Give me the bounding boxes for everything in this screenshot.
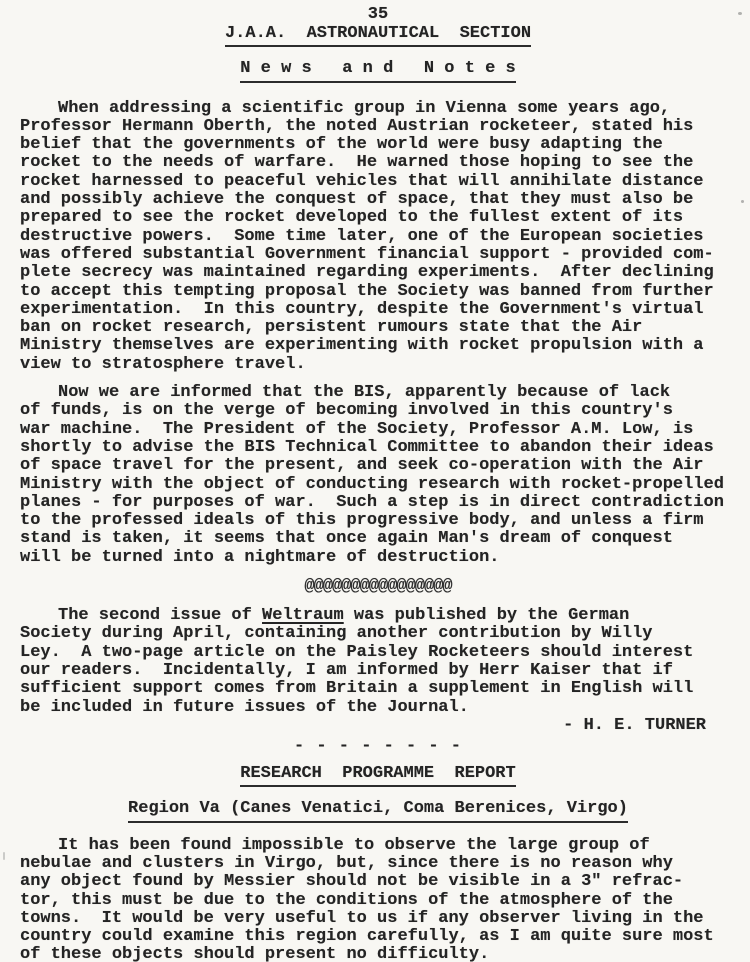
scan-speck [738,12,742,15]
ornament-separator: @@@@@@@@@@@@@@@@ [20,578,736,596]
report-title: RESEARCH PROGRAMME REPORT [240,765,515,787]
news-paragraph-3: The second issue of Weltraum was publish… [20,607,736,717]
news-notes-heading: N e w s a n d N o t e s [20,60,736,82]
author-signature: - H. E. TURNER [20,717,736,735]
document-page: 35 J.A.A. ASTRONAUTICAL SECTION N e w s … [0,0,750,962]
scan-speck [3,852,5,860]
paragraph-3-lead: The second issue of [58,606,262,625]
dash-separator: - - - - - - - - [20,738,736,756]
section-heading: J.A.A. ASTRONAUTICAL SECTION [20,25,736,47]
section-title: J.A.A. ASTRONAUTICAL SECTION [225,25,531,47]
news-paragraph-2: Now we are informed that the BIS, appare… [20,384,736,567]
report-heading: RESEARCH PROGRAMME REPORT [20,765,736,787]
scan-speck [741,200,744,203]
journal-name: Weltraum [262,606,344,625]
news-paragraph-1: When addressing a scientific group in Vi… [20,100,736,374]
news-notes-title: N e w s a n d N o t e s [240,60,515,82]
report-region-title: Region Va (Canes Venatici, Coma Berenice… [128,800,628,822]
page-number: 35 [20,6,736,24]
region-heading: Region Va (Canes Venatici, Coma Berenice… [20,800,736,822]
report-paragraph: It has been found impossible to observe … [20,837,736,962]
